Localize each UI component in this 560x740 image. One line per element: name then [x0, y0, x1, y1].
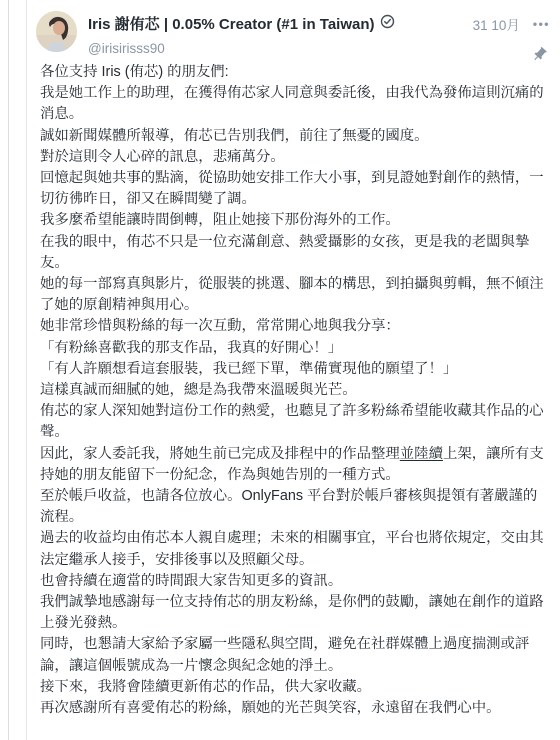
left-border-inner — [26, 0, 27, 740]
post-text: 她的每一部寫真與影片，從服裝的挑選、腳本的構思，到拍攝與剪輯，無不傾注了她的原創… — [40, 276, 544, 313]
post-paragraph: 同時，也懇請大家給予家屬一些隱私與空間，避免在社群媒體上過度揣測或評論，讓這個帳… — [40, 634, 544, 676]
post-text: 她非常珍惜與粉絲的每一次互動，常常開心地與我分享： — [40, 318, 400, 334]
display-name[interactable]: Iris 謝侑芯 | 0.05% Creator (#1 in Taiwan) — [88, 13, 375, 34]
post-paragraph: 我多麼希望能讓時間倒轉，阻止她接下那份海外的工作。 — [40, 210, 544, 231]
avatar[interactable] — [36, 11, 77, 52]
post-paragraph: 在我的眼中，侑芯不只是一位充滿創意、熱愛攝影的女孩，更是我的老闆與摯友。 — [40, 232, 544, 274]
avatar-image — [36, 11, 77, 52]
more-options-icon[interactable]: ••• — [533, 17, 550, 31]
post-text: 侑芯的家人深知她對這份工作的熱愛，也聽見了許多粉絲希望能收藏其作品的心聲。 — [40, 403, 544, 440]
post-paragraph: 「有人許願想看這套服裝，我已經下單，準備實現他的願望了！」 — [40, 359, 544, 380]
post-body: 各位支持 Iris (侑芯) 的朋友們:我是她工作上的助理，在獲得侑芯家人同意與… — [40, 62, 544, 719]
post-text: 也會持續在適當的時間跟大家告知更多的資訊。 — [40, 573, 342, 589]
post-paragraph: 因此，家人委託我，將她生前已完成及排程中的作品整理並陸續上架，讓所有支持她的朋友… — [40, 444, 544, 486]
post-text: 因此，家人委託我，將她生前已完成及排程中的作品整理 — [40, 446, 400, 462]
user-info: Iris 謝侑芯 | 0.05% Creator (#1 in Taiwan) … — [88, 13, 428, 56]
post-paragraph: 「有粉絲喜歡我的那支作品，我真的好開心！」 — [40, 338, 544, 359]
post-text: 誠如新聞媒體所報導，侑芯已告別我們，前往了無憂的國度。 — [40, 128, 429, 144]
post-text: 過去的收益均由侑芯本人親自處理；未來的相關事宜，平台也將依規定，交由其法定繼承人… — [40, 530, 544, 567]
post-text: 接下來，我將會陸續更新侑芯的作品，供大家收藏。 — [40, 679, 371, 695]
post-paragraph: 各位支持 Iris (侑芯) 的朋友們: — [40, 62, 544, 83]
post-text: 再次感謝所有喜愛侑芯的粉絲，願她的光芒與笑容，永遠留在我們心中。 — [40, 700, 501, 716]
post-paragraph: 她的每一部寫真與影片，從服裝的挑選、腳本的構思，到拍攝與剪輯，無不傾注了她的原創… — [40, 274, 544, 316]
post-text-underlined: 並陸續 — [400, 446, 443, 462]
user-handle[interactable]: @irisirisss90 — [88, 41, 428, 56]
post-paragraph: 接下來，我將會陸續更新侑芯的作品，供大家收藏。 — [40, 677, 544, 698]
post-text: 回憶起與她共事的點滴，從協助她安排工作大小事，到見證她對創作的熱情，一切彷彿昨日… — [40, 170, 544, 207]
post-text: 我是她工作上的助理，在獲得侑芯家人同意與委託後，由我代為發佈這則沉痛的消息。 — [40, 85, 544, 122]
post-text: 我們誠摯地感謝每一位支持侑芯的朋友粉絲，是你們的鼓勵，讓她在創作的道路上發光發熱… — [40, 594, 544, 631]
post-text: 同時，也懇請大家給予家屬一些隱私與空間，避免在社群媒體上過度揣測或評論，讓這個帳… — [40, 636, 529, 673]
verified-badge-icon — [380, 14, 395, 34]
post-text: 我多麼希望能讓時間倒轉，阻止她接下那份海外的工作。 — [40, 212, 400, 228]
post-text: 「有人許願想看這套服裝，我已經下單，準備實現他的願望了！」 — [40, 361, 457, 377]
post-paragraph: 回憶起與她共事的點滴，從協助她安排工作大小事，到見證她對創作的熱情，一切彷彿昨日… — [40, 168, 544, 210]
post-paragraph: 侑芯的家人深知她對這份工作的熱愛，也聽見了許多粉絲希望能收藏其作品的心聲。 — [40, 401, 544, 443]
post-paragraph: 我們誠摯地感謝每一位支持侑芯的朋友粉絲，是你們的鼓勵，讓她在創作的道路上發光發熱… — [40, 592, 544, 634]
post-text: 對於這則令人心碎的訊息，悲痛萬分。 — [40, 149, 285, 165]
post-text: 這樣真誠而細膩的她，總是為我帶來溫暖與光芒。 — [40, 382, 357, 398]
timestamp: 31 10月 — [473, 14, 520, 34]
post-paragraph: 對於這則令人心碎的訊息，悲痛萬分。 — [40, 147, 544, 168]
post-paragraph: 過去的收益均由侑芯本人親自處理；未來的相關事宜，平台也將依規定，交由其法定繼承人… — [40, 528, 544, 570]
post-paragraph: 再次感謝所有喜愛侑芯的粉絲，願她的光芒與笑容，永遠留在我們心中。 — [40, 698, 544, 719]
post-text: 在我的眼中，侑芯不只是一位充滿創意、熱愛攝影的女孩，更是我的老闆與摯友。 — [40, 234, 529, 271]
post-meta: 31 10月 ••• — [473, 14, 550, 68]
post-paragraph: 這樣真誠而細膩的她，總是為我帶來溫暖與光芒。 — [40, 380, 544, 401]
post-text: 至於帳戶收益，也請各位放心。OnlyFans 平台對於帳戶審核與提領有著嚴謹的流… — [40, 488, 537, 525]
post-card: Iris 謝侑芯 | 0.05% Creator (#1 in Taiwan) … — [0, 0, 560, 740]
post-paragraph: 誠如新聞媒體所報導，侑芯已告別我們，前往了無憂的國度。 — [40, 126, 544, 147]
left-border-outer — [8, 0, 9, 740]
post-paragraph: 至於帳戶收益，也請各位放心。OnlyFans 平台對於帳戶審核與提領有著嚴謹的流… — [40, 486, 544, 528]
post-text: 各位支持 Iris (侑芯) 的朋友們: — [40, 64, 229, 80]
post-paragraph: 她非常珍惜與粉絲的每一次互動，常常開心地與我分享： — [40, 316, 544, 337]
post-text: 「有粉絲喜歡我的那支作品，我真的好開心！」 — [40, 340, 342, 356]
post-paragraph: 我是她工作上的助理，在獲得侑芯家人同意與委託後，由我代為發佈這則沉痛的消息。 — [40, 83, 544, 125]
post-paragraph: 也會持續在適當的時間跟大家告知更多的資訊。 — [40, 571, 544, 592]
